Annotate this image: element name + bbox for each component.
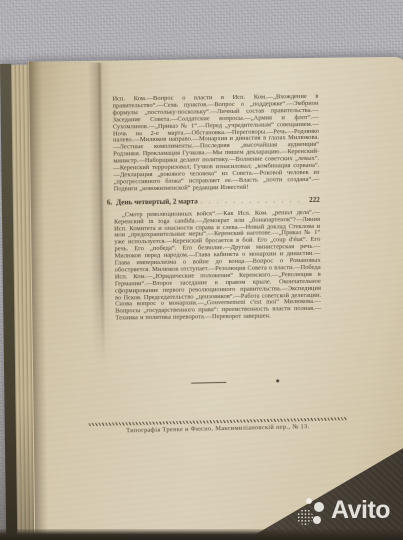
avito-logo-circle-medium: [314, 502, 324, 512]
toc-entry-page-number: 222: [309, 196, 320, 204]
avito-wordmark: Avito: [331, 496, 390, 525]
toc-text-column: Исп. Ком.—Вопрос о власти в Исп. Ком.—„В…: [112, 94, 321, 323]
avito-watermark: Avito: [294, 495, 398, 531]
toc-entry-title: День четвертый, 2 марта: [116, 197, 198, 206]
open-book: Исп. Ком.—Вопрос о власти в Исп. Ком.—„В…: [0, 57, 403, 540]
toc-entry: 6. День четвертый, 2 марта . . . . . . .…: [107, 196, 320, 207]
gutter-crease: [88, 63, 114, 363]
dot-leader: . . . . . . . . . . . . . . .: [201, 197, 306, 205]
ink-speck: [276, 379, 279, 382]
book-photo: Исп. Ком.—Вопрос о власти в Исп. Ком.—„В…: [0, 0, 403, 540]
avito-logo-circle-bottom: [313, 516, 321, 524]
toc-continuation-paragraph: Исп. Ком.—Вопрос о власти в Исп. Ком.—„В…: [112, 94, 319, 193]
avito-logo-circle-small: [306, 498, 312, 504]
avito-logo-circle-dotted: [297, 509, 313, 525]
toc-entry-number: 6.: [107, 198, 112, 206]
toc-entry-description: „Смотр революционных войск“.—Как Исп. Ко…: [114, 210, 321, 323]
